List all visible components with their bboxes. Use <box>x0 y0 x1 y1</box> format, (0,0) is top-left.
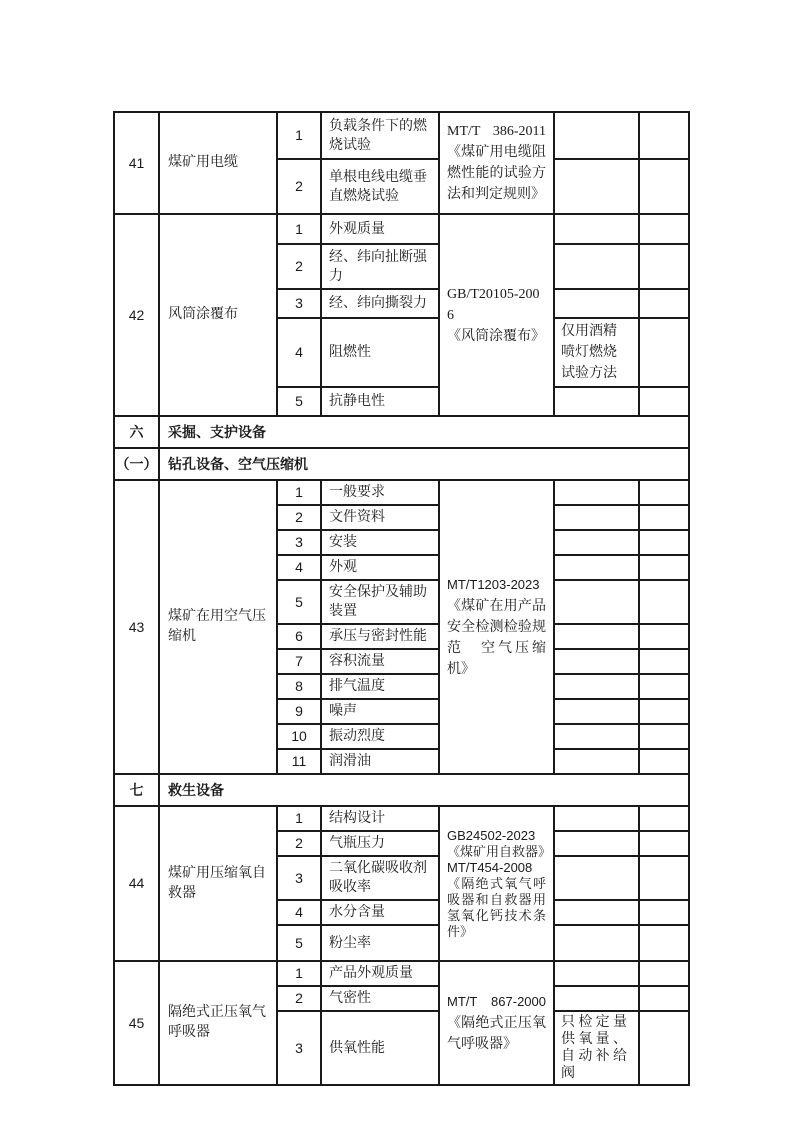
note-cell <box>554 505 639 530</box>
note-cell: 只检定量供氧量、自动补给阀 <box>554 1011 639 1085</box>
test-item-name: 经、纬向撕裂力 <box>322 292 438 315</box>
result-cell <box>639 986 689 1011</box>
result-cell <box>639 318 689 387</box>
note-cell <box>554 244 639 289</box>
test-item-name: 安装 <box>322 531 438 554</box>
test-item-name: 排气温度 <box>322 675 438 698</box>
result-cell <box>639 289 689 318</box>
test-item-cell: 负载条件下的燃烧试验 <box>321 112 439 159</box>
test-item-name: 安全保护及辅助装置 <box>322 581 438 623</box>
item-number-cell: 6 <box>277 624 321 649</box>
standard-code: GB/T20105-2006 <box>447 287 540 323</box>
result-cell <box>639 806 689 831</box>
test-item-cell: 润滑油 <box>321 749 439 774</box>
test-item-cell: 二氧化碳吸收剂吸收率 <box>321 856 439 900</box>
test-item-name: 外观质量 <box>322 218 438 241</box>
section-number-cell: 七 <box>114 774 159 806</box>
note-cell <box>554 806 639 831</box>
result-cell <box>639 674 689 699</box>
standard-title: 《煤矿用电缆阻燃性能的试验方法和判定规则》 <box>447 145 546 202</box>
test-item-name: 外观 <box>322 556 438 579</box>
standard-text: MT/T1203-2023《煤矿在用产品安全检测检验规范 空气压缩机》 <box>440 572 553 682</box>
note-cell <box>554 580 639 624</box>
result-cell <box>639 856 689 900</box>
section-row: （一）钻孔设备、空气压缩机 <box>114 448 689 480</box>
section-row: 七救生设备 <box>114 774 689 806</box>
item-number-cell: 3 <box>277 530 321 555</box>
equipment-name: 煤矿在用空气压缩机 <box>160 605 276 649</box>
equipment-name-cell: 煤矿在用空气压缩机 <box>159 480 277 774</box>
item-number-cell: 11 <box>277 749 321 774</box>
result-cell <box>639 699 689 724</box>
item-number-cell: 2 <box>277 244 321 289</box>
note-cell <box>554 530 639 555</box>
test-item-name: 产品外观质量 <box>322 962 438 985</box>
test-item-cell: 外观 <box>321 555 439 580</box>
test-item-cell: 安装 <box>321 530 439 555</box>
test-item-cell: 承压与密封性能 <box>321 624 439 649</box>
note-cell <box>554 699 639 724</box>
test-item-name: 气密性 <box>322 987 438 1010</box>
test-item-cell: 阻燃性 <box>321 318 439 387</box>
standard-title: 《隔绝式正压氧气呼吸器》 <box>447 1016 546 1052</box>
result-cell <box>639 749 689 774</box>
test-item-cell: 文件资料 <box>321 505 439 530</box>
standard-text: GB24502-2023《煤矿用自救器》MT/T454-2008《隔绝式氧气呼吸… <box>440 826 553 942</box>
result-cell <box>639 961 689 986</box>
equipment-name: 风筒涂覆布 <box>160 303 276 327</box>
item-number-cell: 5 <box>277 925 321 961</box>
test-item-name: 文件资料 <box>322 506 438 529</box>
serial-number-cell: 41 <box>114 112 159 214</box>
item-number-cell: 9 <box>277 699 321 724</box>
item-row: 43煤矿在用空气压缩机1一般要求MT/T1203-2023《煤矿在用产品安全检测… <box>114 480 689 505</box>
test-item-name: 粉尘率 <box>322 932 438 955</box>
test-item-cell: 气密性 <box>321 986 439 1011</box>
test-item-name: 经、纬向扯断强力 <box>322 246 438 288</box>
standard-code: MT/T454-2008 <box>447 860 546 876</box>
test-item-name: 气瓶压力 <box>322 832 438 855</box>
test-item-name: 水分含量 <box>322 901 438 924</box>
standard-cell: GB/T20105-2006《风筒涂覆布》 <box>439 214 554 416</box>
test-item-cell: 单根电线电缆垂直燃烧试验 <box>321 159 439 214</box>
test-item-cell: 经、纬向扯断强力 <box>321 244 439 289</box>
equipment-name: 隔绝式正压氧气呼吸器 <box>160 1001 276 1045</box>
note-cell <box>554 387 639 416</box>
test-item-cell: 供氧性能 <box>321 1011 439 1085</box>
equipment-name-cell: 隔绝式正压氧气呼吸器 <box>159 961 277 1085</box>
test-item-cell: 外观质量 <box>321 214 439 244</box>
item-number-cell: 2 <box>277 831 321 856</box>
equipment-name: 煤矿用压缩氧自救器 <box>160 862 276 906</box>
test-item-cell: 粉尘率 <box>321 925 439 961</box>
test-item-name: 容积流量 <box>322 650 438 673</box>
note-cell <box>554 159 639 214</box>
item-row: 45隔绝式正压氧气呼吸器1产品外观质量MT/T 867-2000《隔绝式正压氧气… <box>114 961 689 986</box>
result-cell <box>639 555 689 580</box>
standard-code: MT/T 386-2011 <box>447 124 546 139</box>
result-cell <box>639 480 689 505</box>
test-item-name: 负载条件下的燃烧试验 <box>322 115 438 157</box>
test-item-cell: 排气温度 <box>321 674 439 699</box>
test-item-cell: 抗静电性 <box>321 387 439 416</box>
item-number-cell: 2 <box>277 986 321 1011</box>
result-cell <box>639 831 689 856</box>
note-cell <box>554 480 639 505</box>
section-title-cell: 钻孔设备、空气压缩机 <box>159 448 689 480</box>
note-cell <box>554 624 639 649</box>
test-item-cell: 结构设计 <box>321 806 439 831</box>
result-cell <box>639 159 689 214</box>
equipment-name-cell: 煤矿用压缩氧自救器 <box>159 806 277 961</box>
result-cell <box>639 505 689 530</box>
note-cell <box>554 112 639 159</box>
standard-title: 《隔绝式氧气呼吸器和自救器用氢氧化钙技术条件》 <box>447 876 546 939</box>
item-number-cell: 2 <box>277 505 321 530</box>
test-item-name: 一般要求 <box>322 481 438 504</box>
note-cell <box>554 900 639 925</box>
equipment-name-cell: 煤矿用电缆 <box>159 112 277 214</box>
document-page: 41煤矿用电缆1负载条件下的燃烧试验MT/T 386-2011《煤矿用电缆阻燃性… <box>0 0 794 1123</box>
test-item-cell: 安全保护及辅助装置 <box>321 580 439 624</box>
test-item-name: 振动烈度 <box>322 725 438 748</box>
test-item-name: 单根电线电缆垂直燃烧试验 <box>322 166 438 208</box>
note-cell <box>554 831 639 856</box>
standard-text: MT/T 867-2000《隔绝式正压氧气呼吸器》 <box>440 989 553 1057</box>
result-cell <box>639 387 689 416</box>
standard-text: GB/T20105-2006《风筒涂覆布》 <box>440 282 553 349</box>
test-item-name: 抗静电性 <box>322 390 438 413</box>
standard-title: 《风筒涂覆布》 <box>447 329 545 344</box>
note-cell <box>554 986 639 1011</box>
result-cell <box>639 900 689 925</box>
item-row: 44煤矿用压缩氧自救器1结构设计GB24502-2023《煤矿用自救器》MT/T… <box>114 806 689 831</box>
item-number-cell: 1 <box>277 961 321 986</box>
item-row: 41煤矿用电缆1负载条件下的燃烧试验MT/T 386-2011《煤矿用电缆阻燃性… <box>114 112 689 159</box>
test-item-cell: 水分含量 <box>321 900 439 925</box>
result-cell <box>639 1011 689 1085</box>
item-number-cell: 5 <box>277 387 321 416</box>
result-cell <box>639 624 689 649</box>
inspection-standards-table: 41煤矿用电缆1负载条件下的燃烧试验MT/T 386-2011《煤矿用电缆阻燃性… <box>113 111 690 1086</box>
test-item-cell: 气瓶压力 <box>321 831 439 856</box>
equipment-name-cell: 风筒涂覆布 <box>159 214 277 416</box>
item-number-cell: 8 <box>277 674 321 699</box>
test-item-cell: 产品外观质量 <box>321 961 439 986</box>
test-item-name: 供氧性能 <box>322 1037 438 1060</box>
result-cell <box>639 580 689 624</box>
item-number-cell: 2 <box>277 159 321 214</box>
note-text: 只检定量供氧量、自动补给阀 <box>555 1012 633 1084</box>
item-number-cell: 1 <box>277 480 321 505</box>
standard-cell: MT/T 867-2000《隔绝式正压氧气呼吸器》 <box>439 961 554 1085</box>
standard-title: 《煤矿用自救器》 <box>447 844 551 859</box>
item-number-cell: 10 <box>277 724 321 749</box>
note-cell <box>554 925 639 961</box>
test-item-cell: 振动烈度 <box>321 724 439 749</box>
standard-text: MT/T 386-2011《煤矿用电缆阻燃性能的试验方法和判定规则》 <box>440 119 553 207</box>
serial-number-cell: 42 <box>114 214 159 416</box>
equipment-name: 煤矿用电缆 <box>160 151 276 175</box>
item-number-cell: 4 <box>277 900 321 925</box>
note-cell: 仅用酒精喷灯燃烧试验方法 <box>554 318 639 387</box>
result-cell <box>639 214 689 244</box>
item-number-cell: 1 <box>277 806 321 831</box>
test-item-cell: 经、纬向撕裂力 <box>321 289 439 318</box>
section-number-cell: （一） <box>114 448 159 480</box>
standard-title: 《煤矿在用产品安全检测检验规范 空气压缩机》 <box>447 599 546 677</box>
note-cell <box>554 649 639 674</box>
standard-cell: MT/T 386-2011《煤矿用电缆阻燃性能的试验方法和判定规则》 <box>439 112 554 214</box>
test-item-name: 结构设计 <box>322 807 438 830</box>
note-cell <box>554 214 639 244</box>
test-item-cell: 一般要求 <box>321 480 439 505</box>
note-cell <box>554 961 639 986</box>
result-cell <box>639 112 689 159</box>
result-cell <box>639 530 689 555</box>
note-cell <box>554 856 639 900</box>
test-item-name: 阻燃性 <box>322 341 438 364</box>
standard-code: GB24502-2023 <box>447 828 535 843</box>
standard-cell: GB24502-2023《煤矿用自救器》MT/T454-2008《隔绝式氧气呼吸… <box>439 806 554 961</box>
item-number-cell: 5 <box>277 580 321 624</box>
standard-code: MT/T 867-2000 <box>447 994 546 1009</box>
test-item-cell: 容积流量 <box>321 649 439 674</box>
item-number-cell: 4 <box>277 555 321 580</box>
note-text: 仅用酒精喷灯燃烧试验方法 <box>555 319 633 386</box>
item-number-cell: 1 <box>277 112 321 159</box>
result-cell <box>639 724 689 749</box>
note-cell <box>554 674 639 699</box>
test-item-name: 二氧化碳吸收剂吸收率 <box>322 857 438 899</box>
section-title-cell: 救生设备 <box>159 774 689 806</box>
serial-number-cell: 44 <box>114 806 159 961</box>
result-cell <box>639 925 689 961</box>
item-number-cell: 3 <box>277 1011 321 1085</box>
result-cell <box>639 244 689 289</box>
item-number-cell: 4 <box>277 318 321 387</box>
test-item-name: 润滑油 <box>322 750 438 773</box>
note-cell <box>554 749 639 774</box>
section-row: 六采掘、支护设备 <box>114 416 689 448</box>
serial-number-cell: 43 <box>114 480 159 774</box>
note-cell <box>554 724 639 749</box>
item-number-cell: 3 <box>277 289 321 318</box>
section-number-cell: 六 <box>114 416 159 448</box>
item-number-cell: 7 <box>277 649 321 674</box>
test-item-name: 噪声 <box>322 700 438 723</box>
test-item-name: 承压与密封性能 <box>322 625 438 648</box>
test-item-cell: 噪声 <box>321 699 439 724</box>
item-row: 42风筒涂覆布1外观质量GB/T20105-2006《风筒涂覆布》 <box>114 214 689 244</box>
note-cell <box>554 289 639 318</box>
item-number-cell: 1 <box>277 214 321 244</box>
result-cell <box>639 649 689 674</box>
standard-cell: MT/T1203-2023《煤矿在用产品安全检测检验规范 空气压缩机》 <box>439 480 554 774</box>
item-number-cell: 3 <box>277 856 321 900</box>
serial-number-cell: 45 <box>114 961 159 1085</box>
note-cell <box>554 555 639 580</box>
standard-code: MT/T1203-2023 <box>447 577 540 592</box>
section-title-cell: 采掘、支护设备 <box>159 416 689 448</box>
